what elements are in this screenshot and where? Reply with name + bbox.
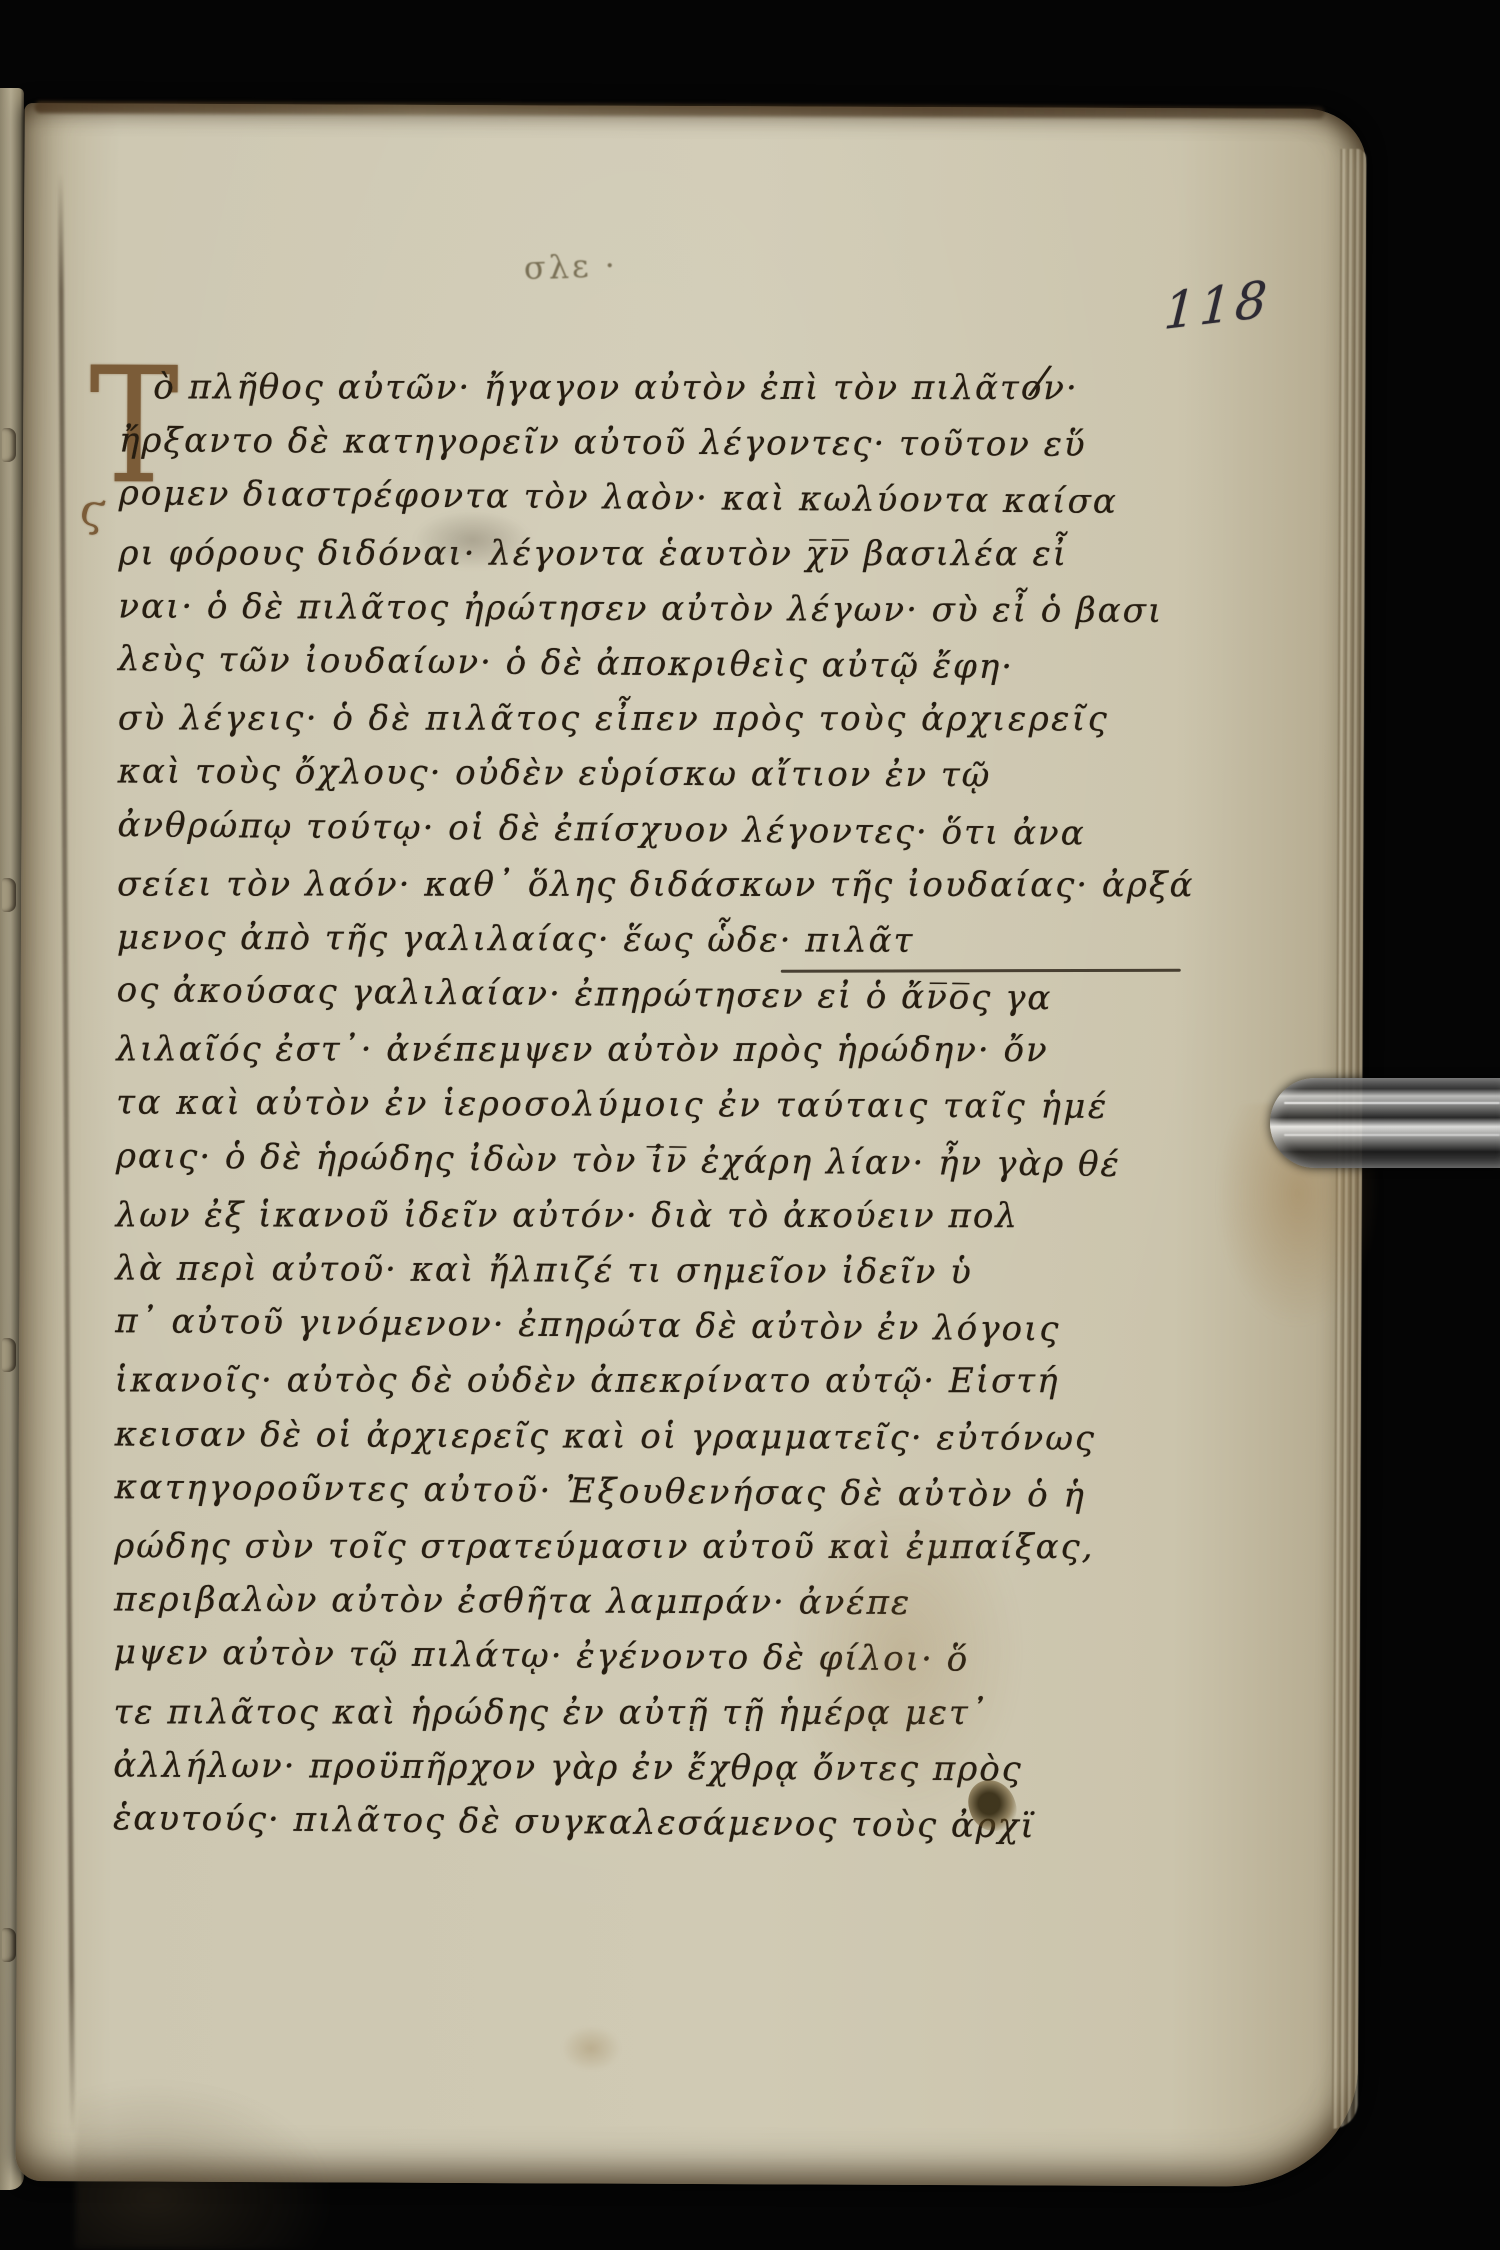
- photograph-backdrop: { "photo": { "backdrop_color": "#050505"…: [0, 0, 1500, 2250]
- text-line: λων ἐξ ἱκανοῦ ἰδεῖν αὐτόν· διὰ τὸ ἀκούει…: [116, 1195, 1176, 1251]
- folio-number: 118: [1162, 270, 1272, 341]
- text-line: λεὺς τῶν ἰουδαίων· ὁ δὲ ἀποκριθεὶς αὐτῷ …: [118, 639, 1178, 703]
- text-line: π᾽ αὐτοῦ γινόμενον· ἐπηρώτα δὲ αὐτὸν ἐν …: [115, 1301, 1175, 1365]
- glass-rod-page-weight: [1262, 1072, 1500, 1176]
- leaf-edge-tab: [2, 428, 16, 462]
- text-line: καὶ τοὺς ὄχλους· οὐδὲν εὑρίσκω αἴτιον ἐν…: [117, 752, 1177, 812]
- page-top-edge: [34, 101, 1324, 119]
- text-line: ρώδης σὺν τοῖς στρατεύμασιν αὐτοῦ καὶ ἐμ…: [114, 1526, 1174, 1582]
- text-line: ἑαυτούς· πιλᾶτος δὲ συγκαλεσάμενος τοὺς …: [113, 1798, 1173, 1862]
- text-line: ρομεν διαστρέφοντα τὸν λαὸν· καὶ κωλύοντ…: [119, 474, 1179, 538]
- text-line: σείει τὸν λαόν· καθ᾽ ὅλης διδάσκων τῆς ἰ…: [117, 864, 1177, 920]
- text-line: λὰ περὶ αὐτοῦ· καὶ ἤλπιζέ τι σημεῖον ἰδε…: [115, 1248, 1175, 1308]
- leaf-edge-tab: [2, 1338, 16, 1372]
- text-line: ναι· ὁ δὲ πιλᾶτος ἠρώτησεν αὐτὸν λέγων· …: [118, 586, 1178, 646]
- text-block: ὸ πλῆθος αὐτῶν· ἤγαγον αὐτὸν ἐπὶ τὸν πιλ…: [113, 365, 1179, 1860]
- text-line: ἱκανοῖς· αὐτὸς δὲ οὐδὲν ἀπεκρίνατο αὐτῷ·…: [115, 1361, 1175, 1417]
- text-line: ραις· ὁ δὲ ἡρώδης ἰδὼν τὸν ἰ̅ν̅ ἐχάρη λί…: [116, 1136, 1176, 1200]
- rod-highlight: [1284, 1102, 1500, 1104]
- text-line: λιλαῖός ἐστ᾽· ἀνέπεμψεν αὐτὸν πρὸς ἡρώδη…: [116, 1030, 1176, 1086]
- stain: [561, 2025, 621, 2071]
- manuscript-page: σλε · 118 Τ ϛ ὸ πλῆθος αὐτῶν· ἤγαγον αὐτ…: [15, 103, 1366, 2187]
- glass-rod: [1270, 1078, 1500, 1168]
- rod-highlight: [1284, 1134, 1500, 1136]
- text-line: σὺ λέγεις· ὁ δὲ πιλᾶτος εἶπεν πρὸς τοὺς …: [118, 698, 1178, 754]
- text-line: περιβαλὼν αὐτὸν ἐσθῆτα λαμπράν· ἀνέπε: [114, 1580, 1174, 1640]
- text-line: ἀνθρώπῳ τούτῳ· οἱ δὲ ἐπίσχυον λέγοντες· …: [117, 805, 1177, 869]
- text-line: ἀλλήλων· προϋπῆρχον γὰρ ἐν ἔχθρᾳ ὄντες π…: [113, 1745, 1173, 1805]
- text-line: μψεν αὐτὸν τῷ πιλάτῳ· ἐγένοντο δὲ φίλοι·…: [114, 1632, 1174, 1696]
- text-line: ὸ πλῆθος αὐτῶν· ἤγαγον αὐτὸν ἐπὶ τὸν πιλ…: [119, 367, 1179, 423]
- text-line: τα καὶ αὐτὸν ἐν ἱεροσολύμοις ἐν ταύταις …: [116, 1083, 1176, 1143]
- initial-flourish: ϛ: [75, 483, 111, 538]
- leaf-edge-tab: [2, 878, 16, 912]
- text-line: ρι φόρους διδόναι· λέγοντα ἑαυτὸν χ̅ν̅ β…: [119, 533, 1179, 589]
- text-line: κατηγοροῦντες αὐτοῦ· Ἐξουθενήσας δὲ αὐτὸ…: [114, 1467, 1174, 1531]
- text-line: τε πιλᾶτος καὶ ἡρώδης ἐν αὐτῇ τῇ ἡμέρᾳ μ…: [113, 1692, 1173, 1748]
- quire-signature-mark: σλε ·: [523, 246, 618, 287]
- text-line: ἤρξαντο δὲ κατηγορεῖν αὐτοῦ λέγοντες· το…: [119, 421, 1179, 481]
- stain: [75, 2078, 336, 2249]
- gutter-crease: [58, 173, 75, 2133]
- leaf-edge-tab: [2, 1928, 16, 1962]
- text-line: κεισαν δὲ οἱ ἀρχιερεῖς καὶ οἱ γραμματεῖς…: [115, 1414, 1175, 1474]
- text-line: ος ἀκούσας γαλιλαίαν· ἐπηρώτησεν εἰ ὁ ἄν…: [116, 970, 1176, 1034]
